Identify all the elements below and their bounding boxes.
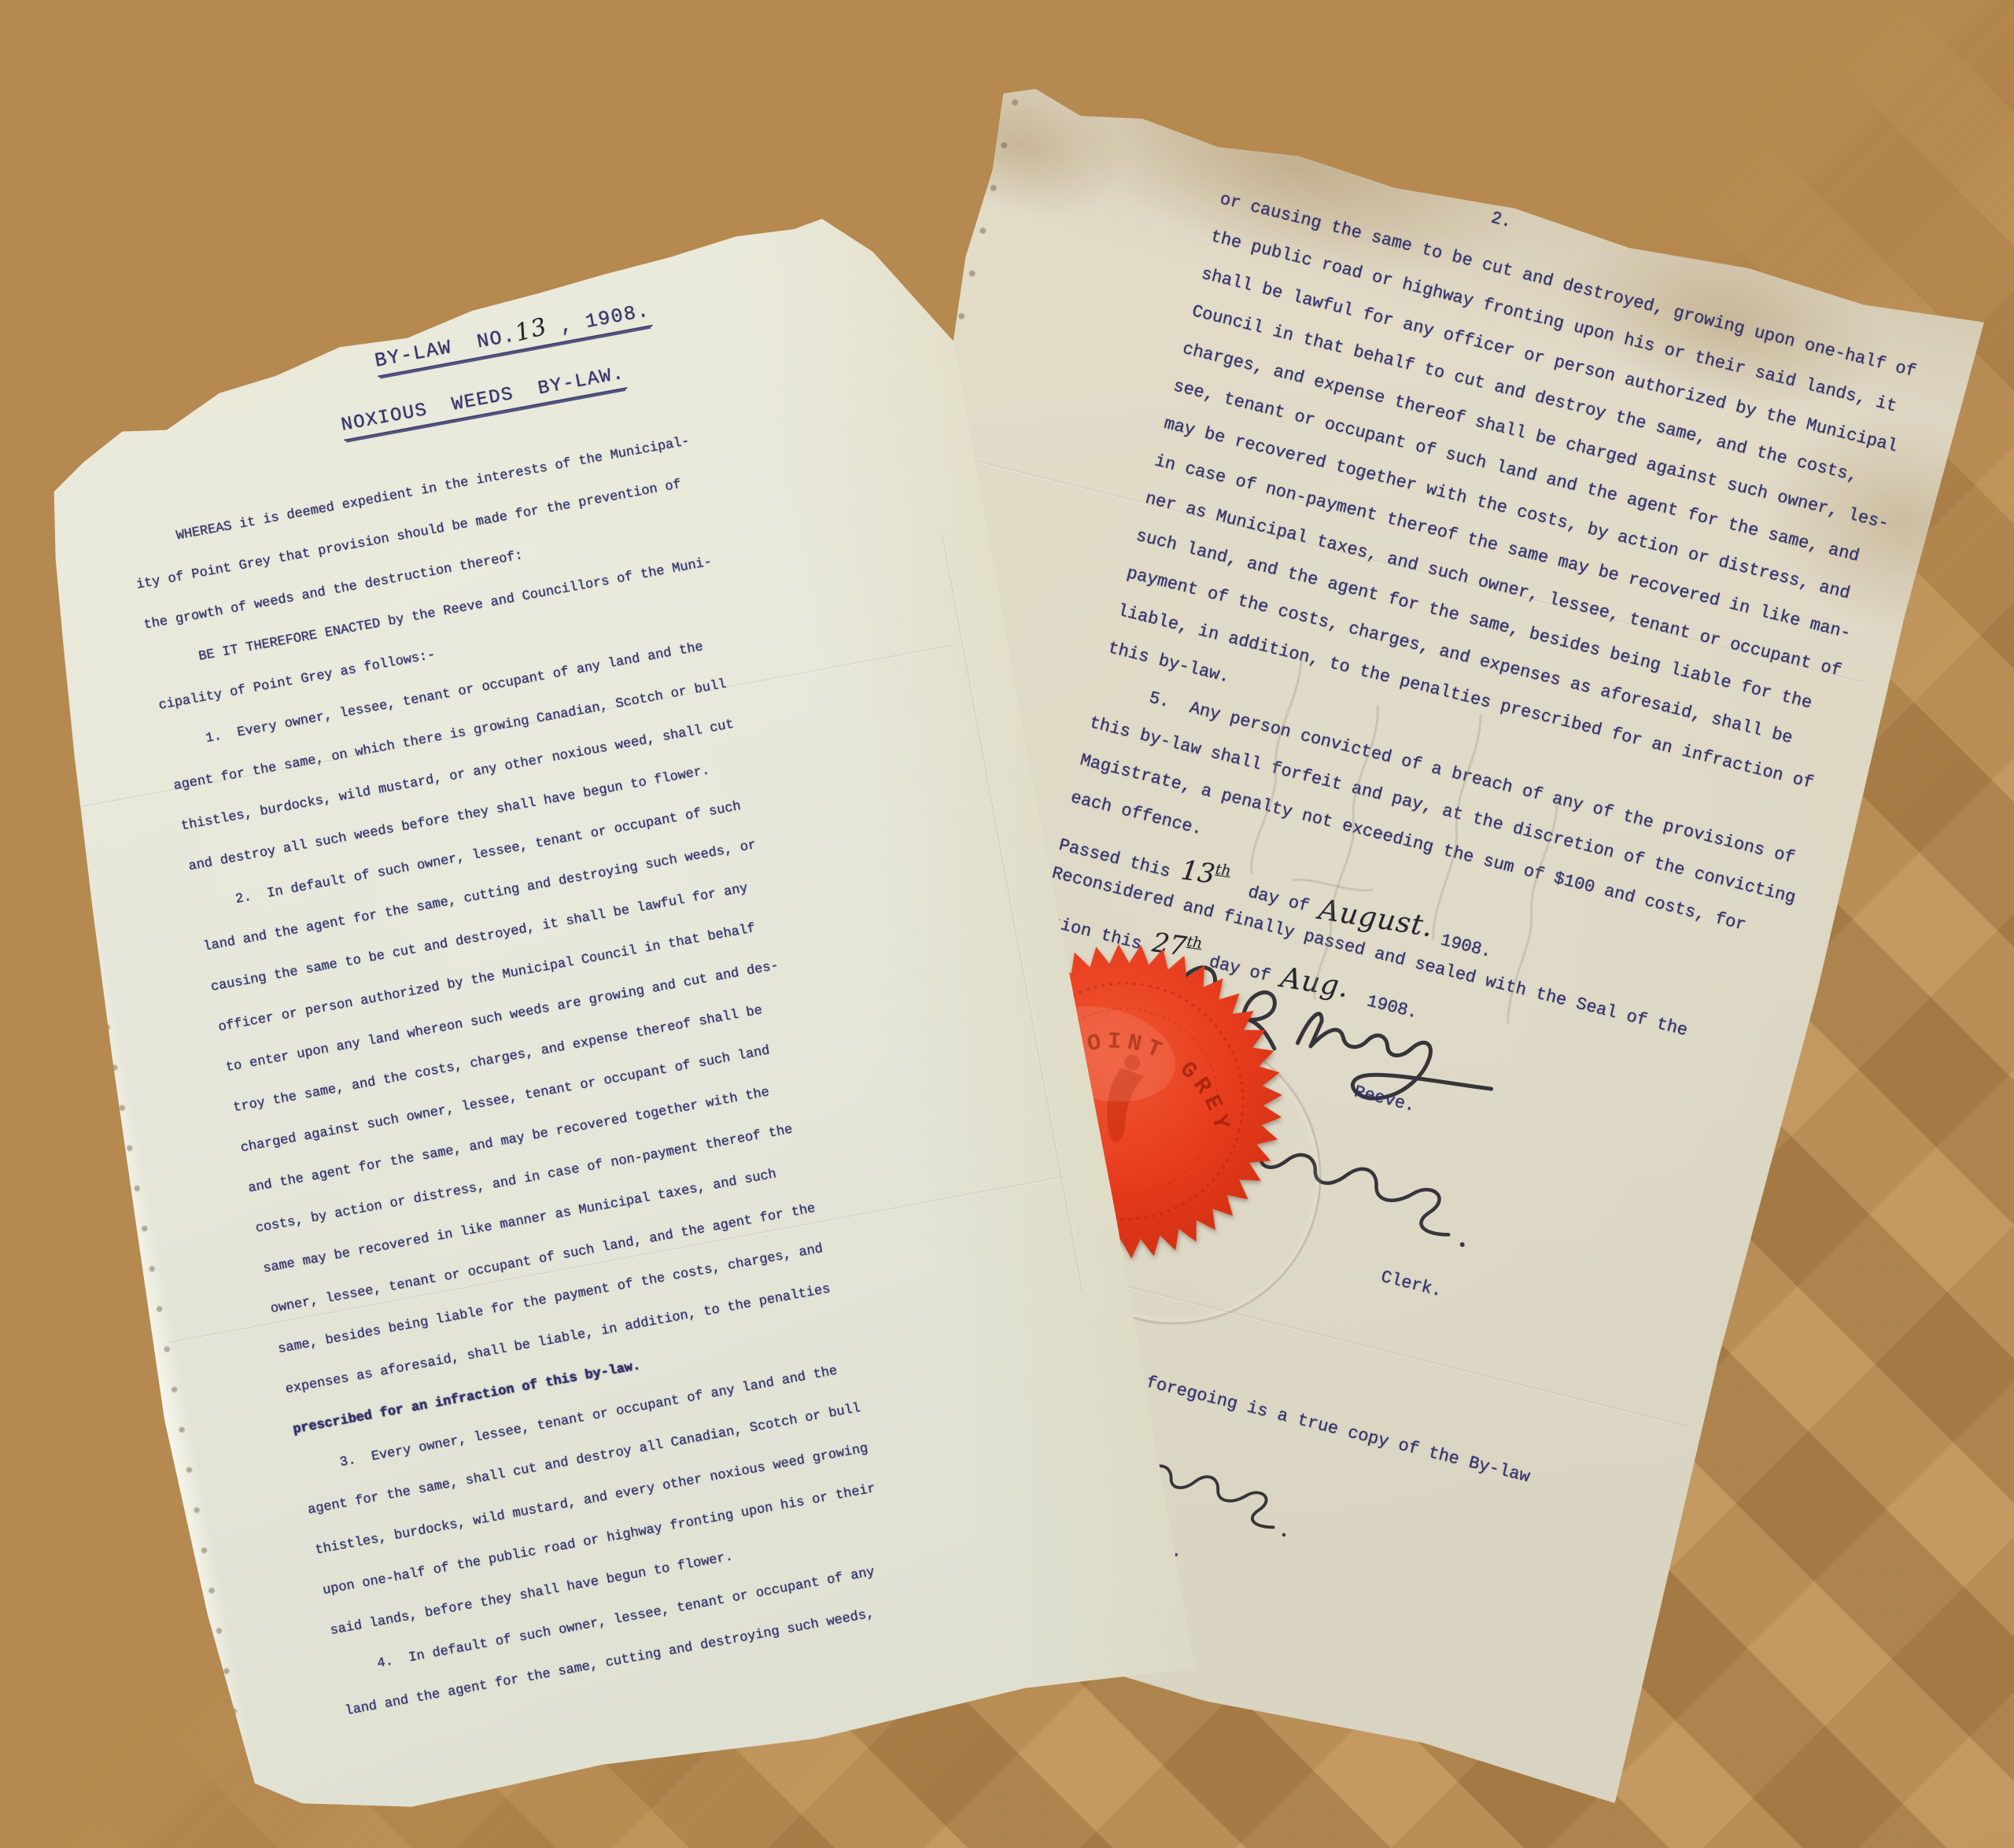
page-number: 2. — [1489, 208, 1514, 233]
title-year: , 1908. — [545, 299, 651, 341]
certification-line: the foregoing is a true copy of the By-l… — [1101, 1353, 1534, 1496]
photo-scene: 2. or causing the same to be cut and des… — [0, 0, 2014, 1848]
page-1-body: WHEREAS it is deemed expedient in the in… — [125, 422, 909, 1732]
handwritten-bylaw-number: 13 — [512, 312, 551, 347]
clerk-label: Clerk. — [1379, 1267, 1444, 1301]
